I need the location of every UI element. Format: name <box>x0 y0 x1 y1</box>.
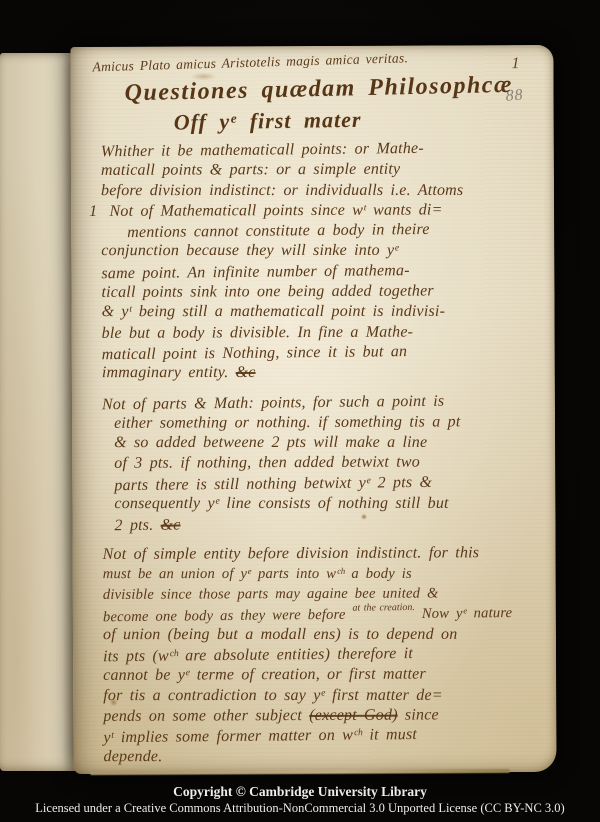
manuscript-line: yᵗ implies some former matter on wᶜʰ it … <box>103 724 552 749</box>
manuscript-line: immaginary entity. &c <box>102 363 551 384</box>
manuscript-line: of union (being but a modall ens) is to … <box>103 625 552 646</box>
manuscript-text: for tis a contradiction to say yᵉ first … <box>103 687 443 704</box>
manuscript-line: & so added betweene 2 pts will make a li… <box>114 433 551 454</box>
manuscript-text: conjunction because they will sinke into… <box>101 242 398 259</box>
manuscript-line: conjunction because they will sinke into… <box>101 241 550 262</box>
manuscript-text: since <box>398 706 439 723</box>
facing-page-edge <box>0 53 80 771</box>
manuscript-text: immaginary entity. <box>102 364 236 381</box>
folio-number-ink: 1 <box>511 55 519 73</box>
manuscript-text: pends on some other subject <box>103 707 309 725</box>
manuscript-text: ble but a body is divisible. In fine a M… <box>102 323 414 341</box>
manuscript-text: divisible since those parts may againe b… <box>103 586 439 603</box>
page-subtitle: Off yᵉ first mater <box>174 107 362 136</box>
manuscript-line: cannot be yᵉ terme of creation, or first… <box>103 664 552 686</box>
manuscript-text: Not of simple entity before division ind… <box>103 544 480 563</box>
manuscript-text: ticall points sink into one being added … <box>101 283 433 301</box>
manuscript-text: become one body as they were before <box>103 606 353 625</box>
manuscript-line: Not of parts & Math: points, for such a … <box>102 390 551 415</box>
manuscript-line: maticall points & parts: or a simple ent… <box>101 159 550 181</box>
interlinear-insertion: at the creation. <box>352 608 414 609</box>
manuscript-line: parts there is still nothing betwixt yᵉ … <box>114 471 551 496</box>
manuscript-text: of union (being but a modall ens) is to … <box>103 626 457 643</box>
manuscript-photo: { "photo": { "background_color": "#07060… <box>0 0 600 822</box>
manuscript-text: either something or nothing. if somethin… <box>114 413 461 432</box>
manuscript-text: Not of Mathematicall points since wᵗ wan… <box>110 201 443 219</box>
struck-out-text: &c <box>236 364 256 381</box>
manuscript-text: mentions cannot constitute a body in the… <box>127 221 430 241</box>
manuscript-line: for tis a contradiction to say yᵉ first … <box>103 685 552 706</box>
manuscript-line: divisible since those parts may againe b… <box>103 583 552 605</box>
license-line: Licensed under a Creative Commons Attrib… <box>0 800 600 816</box>
manuscript-text: Whither it be mathematicall points: or M… <box>101 140 424 160</box>
manuscript-line: & yᵗ being still a mathematicall point i… <box>102 302 551 323</box>
manuscript-text: depende. <box>104 748 163 765</box>
page-title: Questiones quædam Philosophcæ <box>124 72 524 108</box>
manuscript-line: must be an union of yᵉ parts into wᶜʰ a … <box>103 564 552 585</box>
manuscript-text: cannot be yᵉ terme of creation, or first… <box>103 666 426 684</box>
manuscript-text: Not of parts & Math: points, for such a … <box>102 392 444 413</box>
manuscript-line: 2 pts. &c <box>114 512 551 537</box>
manuscript-text: maticall point is Nothing, since it is b… <box>102 343 408 363</box>
manuscript-text: Now yᵉ nature <box>415 605 513 622</box>
manuscript-line: before division indistinct: or individua… <box>101 180 550 201</box>
manuscript-text: same point. An infinite number of mathem… <box>101 262 409 282</box>
manuscript-line: become one body as they were before at t… <box>103 602 552 627</box>
motto-line: Amicus Plato amicus Aristotelis magis am… <box>92 49 452 75</box>
footer: Copyright © Cambridge University Library… <box>0 783 600 816</box>
manuscript-text: yᵗ implies some former matter on wᶜʰ it … <box>103 726 417 746</box>
manuscript-body: Whither it be mathematicall points: or M… <box>101 139 553 768</box>
manuscript-text: & yᵗ being still a mathematicall point i… <box>102 303 446 320</box>
manuscript-text: must be an union of yᵉ parts into wᶜʰ a … <box>103 566 412 582</box>
manuscript-text: its pts (wᶜʰ are absolute entities) ther… <box>103 645 413 665</box>
manuscript-line: maticall point is Nothing, since it is b… <box>102 341 551 366</box>
manuscript-line: Not of simple entity before division ind… <box>103 543 552 565</box>
manuscript-text: parts there is still nothing betwixt yᵉ … <box>114 474 432 494</box>
manuscript-text: maticall points & parts: or a simple ent… <box>101 161 400 179</box>
manuscript-text: consequently yᵉ line consists of nothing… <box>114 495 448 512</box>
copyright-line: Copyright © Cambridge University Library <box>0 783 600 800</box>
manuscript-text: & so added betweene 2 pts will make a li… <box>114 434 427 451</box>
manuscript-text: before division indistinct: or individua… <box>101 181 463 198</box>
margin-numeral: 1 <box>89 203 104 220</box>
manuscript-line: depende. <box>104 746 553 767</box>
manuscript-page: Amicus Plato amicus Aristotelis magis am… <box>70 45 556 774</box>
manuscript-line: either something or nothing. if somethin… <box>114 412 551 434</box>
manuscript-text: of 3 pts. if nothing, then added betwixt… <box>114 454 420 472</box>
manuscript-text: 2 pts. <box>114 517 160 534</box>
struck-out-text: &c <box>160 517 180 534</box>
struck-out-text: (except God) <box>309 707 398 724</box>
manuscript-line: of 3 pts. if nothing, then added betwixt… <box>114 452 551 474</box>
manuscript-line: ticall points sink into one being added … <box>101 281 550 303</box>
